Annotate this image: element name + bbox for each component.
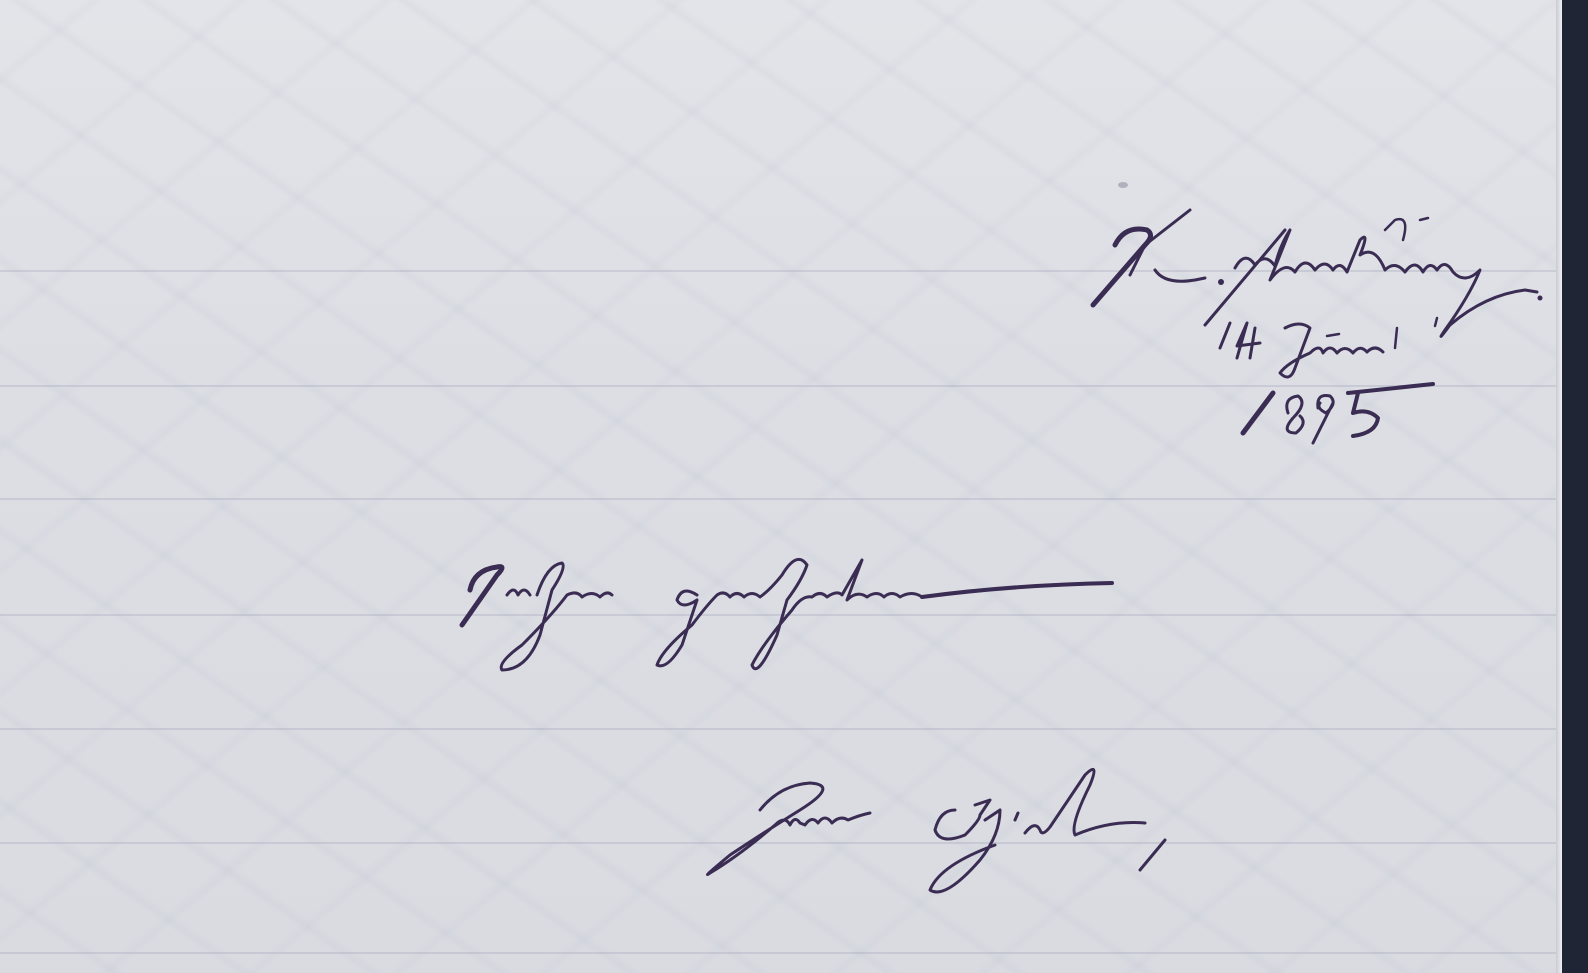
ruled-line <box>0 498 1556 500</box>
ruled-line <box>0 728 1556 730</box>
salutation-line2-handwriting <box>700 765 1180 909</box>
year-handwriting <box>1238 378 1448 452</box>
dark-backdrop <box>1562 0 1588 973</box>
ruled-line <box>0 952 1556 954</box>
ink-smudge <box>1118 182 1128 188</box>
letter-page: St. Petersburg. 14 Juni 1895 Sehr geehrt… <box>0 0 1560 973</box>
salutation-line1-handwriting <box>452 555 1122 684</box>
